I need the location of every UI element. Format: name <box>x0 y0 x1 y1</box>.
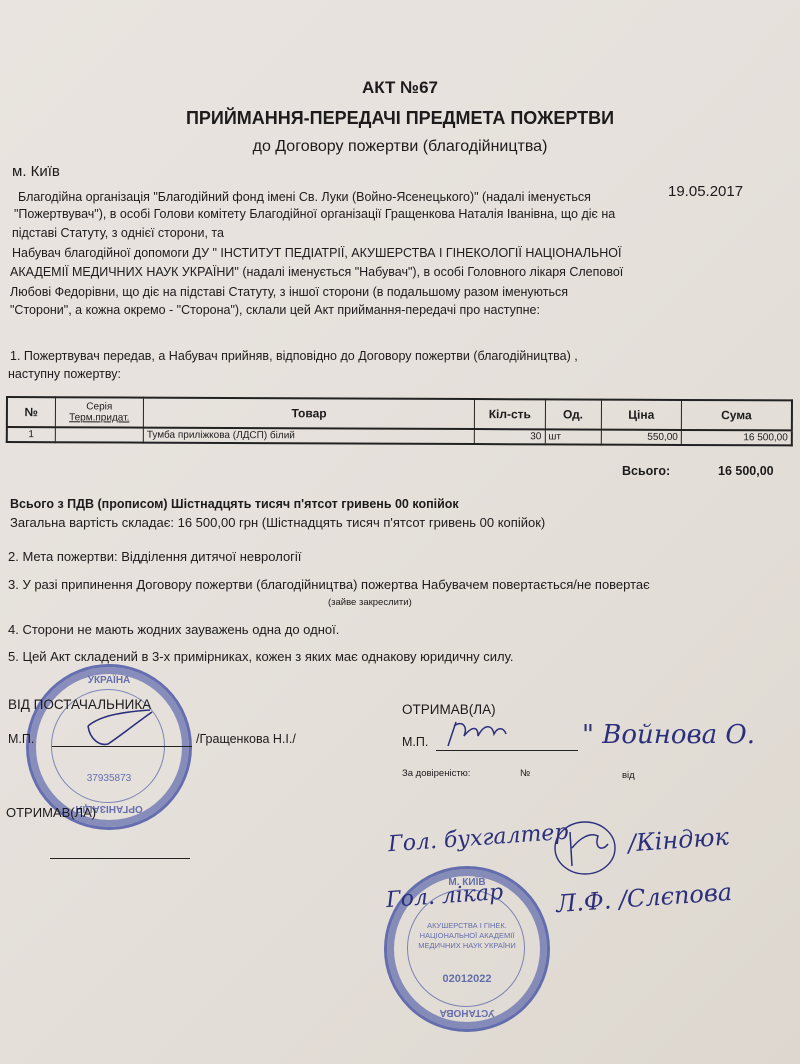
preamble-line-6: Любові Федорівни, що діє на підставі Ста… <box>10 284 568 301</box>
clause-3: 3. У разі припинення Договору пожертви (… <box>8 576 650 593</box>
cell-qty: 30 <box>475 429 545 444</box>
col-header-serie: Серія Терм.придат. <box>55 397 143 427</box>
col-header-qty: Кіл-сть <box>475 399 545 429</box>
document-subtitle: до Договору пожертви (благодійництва) <box>0 138 800 156</box>
stamp-code: 37935873 <box>69 773 149 784</box>
document-title: ПРИЙМАННЯ-ПЕРЕДАЧІ ПРЕДМЕТА ПОЖЕРТВИ <box>0 108 800 129</box>
stamp-line-2: НАЦІОНАЛЬНОЇ АКАДЕМІЇ <box>411 931 523 940</box>
cell-serie <box>55 427 143 442</box>
cell-price: 550,00 <box>601 430 681 445</box>
cell-unit: шт <box>545 429 601 444</box>
accountant-handwritten-name: /Кіндюк <box>627 823 730 858</box>
receiver-heading-right: ОТРИМАВ(ЛА) <box>402 702 496 717</box>
donation-act-document: АКТ №67 ПРИЙМАННЯ-ПЕРЕДАЧІ ПРЕДМЕТА ПОЖЕ… <box>0 0 800 1064</box>
clause-1-line-2: наступну пожертву: <box>8 366 121 383</box>
preamble-line-3: підставі Статуту, з однієї сторони, та <box>12 225 224 242</box>
receiver-signature-line-left <box>50 858 190 859</box>
city: м. Київ <box>12 163 60 180</box>
receiver-heading-left: ОТРИМАВ(ЛА) <box>6 805 96 820</box>
accountant-signature-icon <box>550 818 620 880</box>
preamble-line-7: "Сторони", а кожна окремо - "Сторона"), … <box>10 302 540 319</box>
table-header-row: № Серія Терм.придат. Товар Кіл-сть Од. Ц… <box>7 397 792 430</box>
expiry-label: Терм.придат. <box>59 412 140 423</box>
clause-1-line-1: 1. Пожертвувач передав, а Набувач прийня… <box>10 348 578 365</box>
donation-items-table: № Серія Терм.придат. Товар Кіл-сть Од. Ц… <box>6 396 793 446</box>
col-header-price: Ціна <box>601 400 681 430</box>
total-label: Всього: <box>622 464 670 478</box>
stamp-top-text: УКРАЇНА <box>69 675 149 686</box>
clause-4: 4. Сторони не мають жодних зауважень одн… <box>8 621 339 638</box>
col-header-unit: Од. <box>545 399 601 429</box>
clause-2: 2. Мета пожертви: Відділення дитячої нев… <box>8 548 301 565</box>
stamp-code: 02012022 <box>427 973 507 985</box>
stamp-line-1: АКУШЕРСТВА І ГІНЕК. <box>411 921 523 930</box>
receiver-signature-icon <box>442 716 512 752</box>
supplier-seat-label: М.П. <box>8 732 34 746</box>
cell-no: 1 <box>7 427 55 442</box>
proxy-label: За довіреністю: <box>402 768 470 779</box>
total-value: 16 500,00 <box>718 464 774 478</box>
preamble-line-4: Набувач благодійної допомоги ДУ " ІНСТИТ… <box>12 245 621 262</box>
clause-5: 5. Цей Акт складений в 3-х примірниках, … <box>8 648 513 665</box>
document-date: 19.05.2017 <box>668 183 743 200</box>
cell-sum: 16 500,00 <box>681 430 792 445</box>
preamble-line-2: "Пожертвувач"), в особі Голови комітету … <box>14 206 615 223</box>
preamble-line-1: Благодійна організація "Благодійний фонд… <box>18 189 591 206</box>
supplier-signature-icon <box>80 706 160 750</box>
supplier-name: /Гращенкова Н.І./ <box>196 732 296 746</box>
cell-item: Тумба приліжкова (ЛДСП) білий <box>143 428 474 444</box>
col-header-no: № <box>7 397 55 427</box>
table-row: 1 Тумба приліжкова (ЛДСП) білий 30 шт 55… <box>7 427 792 445</box>
chief-handwritten-name: Л.Ф. /Слєпова <box>555 878 733 918</box>
total-in-words: Всього з ПДВ (прописом) Шістнадцять тися… <box>10 497 459 511</box>
act-number: АКТ №67 <box>0 78 800 98</box>
col-header-item: Товар <box>143 398 474 429</box>
clause-3-note: (зайве закреслити) <box>328 597 412 608</box>
stamp-bottom-text: УСТАНОВА <box>417 1007 517 1018</box>
preamble-line-5: АКАДЕМІЇ МЕДИЧНИХ НАУК УКРАЇНИ" (надалі … <box>10 264 623 281</box>
serie-label: Серія <box>59 401 140 412</box>
col-header-sum: Сума <box>681 400 792 430</box>
receiver-seat-label: М.П. <box>402 735 428 749</box>
receiver-handwritten-name: " Войнова О. <box>582 720 755 750</box>
proxy-number-label: № <box>520 768 530 779</box>
total-value-line: Загальна вартість складає: 16 500,00 грн… <box>10 514 545 531</box>
stamp-line-3: МЕДИЧНИХ НАУК УКРАЇНИ <box>411 941 523 950</box>
proxy-date-label: від <box>622 770 635 781</box>
accountant-handwritten-title: Гол. бухгалтер <box>387 820 569 858</box>
